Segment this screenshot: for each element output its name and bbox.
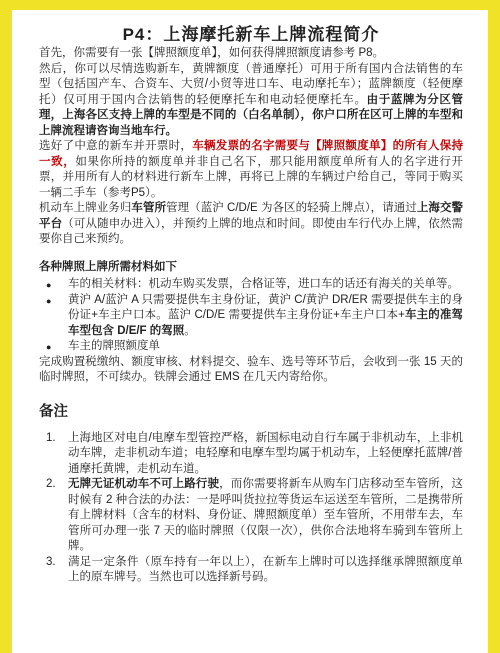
body-text: 如果你所持的额度单并非自己名下，那只能用额度单所有人的名字进行开票，并用所有人的…	[39, 156, 463, 199]
list-item: 2.无牌无证机动车不可上路行驶，而你需要将新车从购车门店移动至车管所，这时候有 …	[39, 477, 463, 555]
bold-text: 无牌无证机动车不可上路行驶	[68, 478, 219, 490]
dmv-booking-paragraph: 机动车上牌业务归车管所管理（蓝沪 C/D/E 为各区的轻骑上牌点），请通过上海交…	[39, 201, 463, 248]
list-item-text: 满足一定条件（原车持有一年以上），在新车上牌时可以选择继承牌照额度单上的原车牌号…	[68, 556, 463, 584]
bullet-icon: ●	[46, 294, 51, 310]
list-item: 3.满足一定条件（原车持有一年以上），在新车上牌时可以选择继承牌照额度单上的原车…	[39, 555, 463, 586]
bold-text: 车管所	[131, 202, 166, 214]
body-text: 机动车上牌业务归	[39, 202, 131, 214]
list-item: 1.上海地区对电自/电摩车型管控严格，新国标电动自行车属于非机动车，上非机动车牌…	[39, 431, 463, 478]
body-text: （可从随申办进入），并预约上牌的地点和时间。即使由车行代办上牌，依然需要你自己来…	[39, 218, 463, 246]
body-text: 车的相关材料：机动车购买发票，合格证等，进口车的话还有海关的关单等。	[68, 278, 459, 290]
document-page: P4：上海摩托新车上牌流程简介 首先，你需要有一张【牌照额度单】，如何获得牌照额…	[0, 0, 500, 653]
list-item-text: 车主的牌照额度单	[68, 340, 160, 352]
body-text: 车主的牌照额度单	[68, 340, 160, 352]
page-content: P4：上海摩托新车上牌流程简介 首先，你需要有一张【牌照额度单】，如何获得牌照额…	[12, 24, 488, 586]
list-number: 1.	[46, 431, 56, 447]
intro-paragraph: 首先，你需要有一张【牌照额度单】，如何获得牌照额度请参考 P8。	[39, 46, 463, 62]
body-text: 。	[184, 325, 196, 337]
notes-list: 1.上海地区对电自/电摩车型管控严格，新国标电动自行车属于非机动车，上非机动车牌…	[39, 431, 463, 586]
body-text: 管理（蓝沪 C/D/E 为各区的轻骑上牌点），请通过	[166, 202, 417, 214]
body-text: 黄沪 A/蓝沪 A 只需要提供车主身份证，黄沪 C/黄沪 DR/ER 需要提供车…	[68, 294, 463, 322]
invoice-name-paragraph: 选好了中意的新车并开票时，车辆发票的名字需要与【牌照额度单】的所有人保持一致，如…	[39, 139, 463, 201]
list-item-text: 黄沪 A/蓝沪 A 只需要提供车主身份证，黄沪 C/黄沪 DR/ER 需要提供车…	[68, 294, 463, 337]
quota-types-paragraph: 然后，你可以尽情选购新车，黄牌额度（普通摩托）可用于所有国内合法销售的车型（包括…	[39, 62, 463, 140]
body-text: 选好了中意的新车并开票时，	[39, 140, 192, 152]
body-text: 满足一定条件（原车持有一年以上），在新车上牌时可以选择继承牌照额度单上的原车牌号…	[68, 556, 463, 584]
list-item-text: 无牌无证机动车不可上路行驶，而你需要将新车从购车门店移动至车管所，这时候有 2 …	[68, 478, 463, 552]
materials-list: ●车的相关材料：机动车购买发票，合格证等，进口车的话还有海关的关单等。●黄沪 A…	[39, 277, 463, 355]
list-item-text: 车的相关材料：机动车购买发票，合格证等，进口车的话还有海关的关单等。	[68, 278, 459, 290]
list-item: ●车的相关材料：机动车购买发票，合格证等，进口车的话还有海关的关单等。	[39, 277, 463, 293]
body-text: 上海地区对电自/电摩车型管控严格，新国标电动自行车属于非机动车，上非机动车牌，走…	[68, 432, 463, 475]
list-item-text: 上海地区对电自/电摩车型管控严格，新国标电动自行车属于非机动车，上非机动车牌，走…	[68, 432, 463, 475]
notes-heading: 备注	[39, 403, 463, 422]
body-text: 完成购置税缴纳、额度审核、材料提交、验车、选号等环节后，会收到一张 15 天的临…	[39, 356, 463, 384]
list-item: ●车主的牌照额度单	[39, 339, 463, 355]
closing-paragraph: 完成购置税缴纳、额度审核、材料提交、验车、选号等环节后，会收到一张 15 天的临…	[39, 355, 463, 386]
list-item: ●黄沪 A/蓝沪 A 只需要提供车主身份证，黄沪 C/黄沪 DR/ER 需要提供…	[39, 293, 463, 340]
materials-heading: 各种牌照上牌所需材料如下	[39, 260, 463, 276]
list-number: 3.	[46, 555, 56, 571]
page-title: P4：上海摩托新车上牌流程简介	[39, 24, 463, 46]
bullet-icon: ●	[46, 278, 51, 294]
body-text: 首先，你需要有一张【牌照额度单】，如何获得牌照额度请参考 P8。	[39, 47, 384, 59]
list-number: 2.	[46, 477, 56, 493]
bullet-icon: ●	[46, 340, 51, 356]
